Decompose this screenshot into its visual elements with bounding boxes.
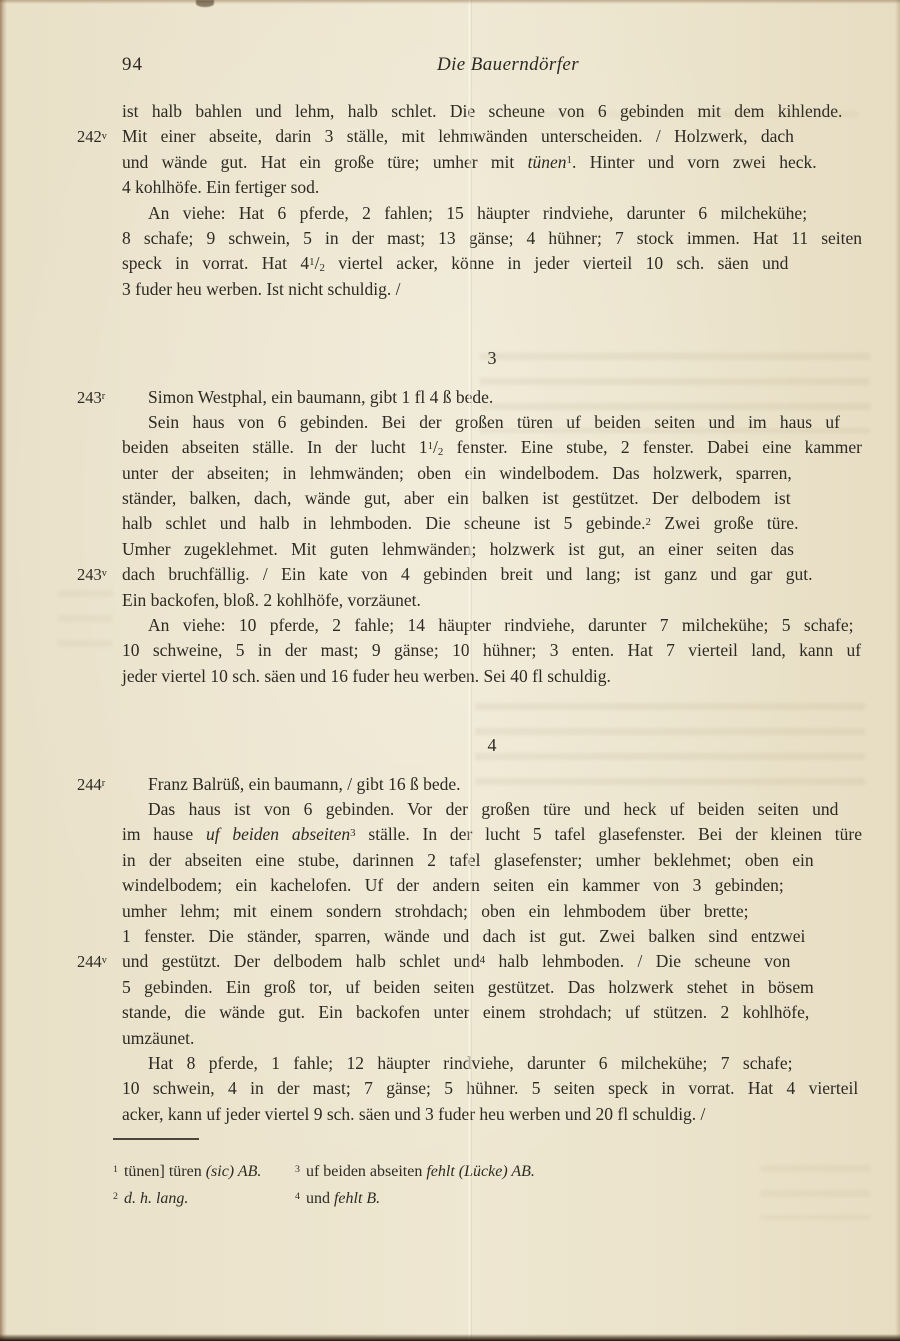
text-segment: fenster. Eine stube, 2 fenster. Dabei ei… (443, 437, 862, 457)
line-text: 4 kohlhöfe. Ein fertiger sod. (122, 175, 319, 200)
text-segment: und gestützt. Der delbodem halb schlet u… (122, 951, 480, 971)
page-edge-left (0, 0, 7, 1341)
text-line: Sein haus von 6 gebinden. Bei der großen… (122, 410, 862, 435)
book-page-scan: 94 Die Bauerndörfer ist halb bahlen und … (0, 0, 900, 1341)
folio-sidenote: 243r (77, 385, 105, 413)
text-segment: 1 (309, 256, 314, 268)
line-text: Sein haus von 6 gebinden. Bei der großen… (148, 410, 840, 435)
folio-number: 244 (77, 952, 102, 971)
footnote-marker: 2 (113, 1191, 118, 1202)
text-segment: fehlt B. (334, 1190, 380, 1207)
folio-number: 242 (77, 127, 102, 146)
text-line: jeder viertel 10 sch. säen und 16 fuder … (122, 664, 862, 689)
text-segment: fehlt (Lücke) AB. (426, 1163, 535, 1180)
text-segment: 8 schafe; 9 schwein, 5 in der mast; 13 g… (122, 228, 862, 248)
text-line: 10 schweine, 5 in der mast; 9 gänse; 10 … (122, 638, 862, 663)
text-segment: windelbodem; ein kachelofen. Uf der ande… (122, 875, 784, 895)
line-text: Das haus ist von 6 gebinden. Vor der gro… (148, 797, 838, 822)
text-line: ständer, balken, dach, wände gut, aber e… (122, 486, 862, 511)
text-segment: d. h. lang. (124, 1190, 188, 1207)
text-segment: beiden abseiten ställe. In der lucht 1 (122, 437, 428, 457)
text-segment: 2 (646, 516, 651, 528)
line-text: halb schlet und halb in lehmboden. Die s… (122, 511, 798, 539)
text-segment: Zwei große türe. (651, 513, 799, 533)
text-segment: uf beiden abseiten (306, 1163, 426, 1180)
line-text: 1 fenster. Die ständer, sparren, wände u… (122, 924, 805, 949)
text-line: in der abseiten eine stube, darinnen 2 t… (122, 848, 862, 873)
text-line: umher lehm; mit einem sondern strohdach;… (122, 899, 862, 924)
text-segment: halb lehmboden. / Die scheune von (485, 951, 790, 971)
text-segment: Simon Westphal, ein baumann, gibt 1 fl 4… (148, 387, 493, 407)
line-text: jeder viertel 10 sch. säen und 16 fuder … (122, 664, 611, 689)
running-title: Die Bauerndörfer (138, 54, 878, 76)
text-segment: Mit einer abseite, darin 3 ställe, mit l… (122, 126, 794, 146)
text-line: beiden abseiten ställe. In der lucht 11/… (122, 435, 862, 460)
footnote-rule (113, 1138, 199, 1140)
line-text: Ein backofen, bloß. 2 kohlhöfe, vorzäune… (122, 588, 421, 613)
text-segment: umher lehm; mit einem sondern strohdach;… (122, 901, 749, 921)
text-line: Das haus ist von 6 gebinden. Vor der gro… (122, 797, 862, 822)
text-segment: 3 (350, 827, 355, 839)
text-segment: acker, kann uf jeder viertel 9 sch. säen… (122, 1104, 705, 1124)
footnote-item: 1tünen] türen (sic) AB. (113, 1159, 295, 1186)
page-edge-top (0, 0, 900, 4)
text-segment: An viehe: 10 pferde, 2 fahle; 14 häupter… (148, 615, 853, 635)
text-line: 8 schafe; 9 schwein, 5 in der mast; 13 g… (122, 226, 862, 251)
line-text: Franz Balrüß, ein baumann, / gibt 16 ß b… (148, 772, 461, 797)
text-line: ist halb bahlen und lehm, halb schlet. D… (122, 99, 862, 124)
folio-sidenote: 244r (77, 772, 105, 800)
text-line: Hat 8 pferde, 1 fahle; 12 häupter rindvi… (122, 1051, 862, 1076)
text-line: An viehe: 10 pferde, 2 fahle; 14 häupter… (122, 613, 862, 638)
text-line: unter der abseiten; in lehmwänden; oben … (122, 461, 862, 486)
text-segment: (sic) AB. (206, 1163, 262, 1180)
text-line: im hause uf beiden abseiten3 ställe. In … (122, 822, 862, 847)
text-line: 243rSimon Westphal, ein baumann, gibt 1 … (122, 385, 862, 410)
line-text: 3 fuder heu werben. Ist nicht schuldig. … (122, 277, 400, 302)
section-heading: 3 (122, 346, 862, 371)
text-segment: umzäunet. (122, 1028, 194, 1048)
folio-number: 244 (77, 775, 102, 794)
text-segment: viertel acker, könne in jeder vierteil 1… (325, 253, 788, 273)
text-segment: 2 (319, 262, 324, 274)
folio-suffix: v (102, 568, 107, 579)
text-line: 242vMit einer abseite, darin 3 ställe, m… (122, 124, 862, 149)
text-line: 244rFranz Balrüß, ein baumann, / gibt 16… (122, 772, 862, 797)
footnote-grid: 1tünen] türen (sic) AB.3uf beiden abseit… (113, 1159, 862, 1213)
footnotes-block: 1tünen] türen (sic) AB.3uf beiden abseit… (113, 1138, 862, 1213)
line-text: 10 schwein, 4 in der mast; 7 gänse; 5 hü… (122, 1076, 858, 1101)
line-text: windelbodem; ein kachelofen. Uf der ande… (122, 873, 784, 898)
folio-sidenote: 244v (77, 949, 107, 977)
text-segment: 1 (428, 440, 433, 452)
footnote-marker: 1 (113, 1164, 118, 1175)
text-segment: im hause (122, 824, 206, 844)
text-segment: stande, die wände gut. Ein backofen unte… (122, 1002, 809, 1022)
text-line: An viehe: Hat 6 pferde, 2 fahlen; 15 häu… (122, 201, 862, 226)
text-segment: halb schlet und halb in lehmboden. Die s… (122, 513, 646, 533)
line-text: unter der abseiten; in lehmwänden; oben … (122, 461, 792, 486)
text-segment: 4 kohlhöfe. Ein fertiger sod. (122, 177, 319, 197)
folio-sidenote: 243v (77, 562, 107, 590)
page-edge-bottom (0, 1334, 900, 1341)
line-text: acker, kann uf jeder viertel 9 sch. säen… (122, 1102, 705, 1127)
text-line: 4 kohlhöfe. Ein fertiger sod. (122, 175, 862, 200)
text-segment: ist halb bahlen und lehm, halb schlet. D… (122, 101, 842, 121)
text-line: 5 gebinden. Ein groß tor, uf beiden seit… (122, 975, 862, 1000)
line-text: und gestützt. Der delbodem halb schlet u… (122, 949, 790, 977)
text-segment: Umher zugeklehmet. Mit guten lehmwänden;… (122, 539, 794, 559)
folio-number: 243 (77, 565, 102, 584)
text-segment: tünen (528, 152, 567, 172)
text-segment: Ein backofen, bloß. 2 kohlhöfe, vorzäune… (122, 590, 421, 610)
footnote-item: 4und fehlt B. (295, 1186, 862, 1213)
text-segment: 10 schwein, 4 in der mast; 7 gänse; 5 hü… (122, 1078, 858, 1098)
text-line: stande, die wände gut. Ein backofen unte… (122, 1000, 862, 1025)
text-segment: An viehe: Hat 6 pferde, 2 fahlen; 15 häu… (148, 203, 807, 223)
text-segment: 1 (567, 154, 572, 166)
text-line: windelbodem; ein kachelofen. Uf der ande… (122, 873, 862, 898)
text-line: 10 schwein, 4 in der mast; 7 gänse; 5 hü… (122, 1076, 862, 1101)
text-segment: Das haus ist von 6 gebinden. Vor der gro… (148, 799, 838, 819)
folio-suffix: r (102, 778, 105, 789)
section-heading: 4 (122, 733, 862, 758)
line-text: umzäunet. (122, 1026, 194, 1051)
line-text: An viehe: Hat 6 pferde, 2 fahlen; 15 häu… (148, 201, 807, 226)
folio-sidenote: 242v (77, 124, 107, 152)
text-line: und wände gut. Hat ein große türe; umher… (122, 150, 862, 175)
text-segment: uf beiden abseiten (206, 824, 350, 844)
folio-suffix: v (102, 131, 107, 142)
text-line: 243vdach bruchfällig. / Ein kate von 4 g… (122, 562, 862, 587)
folio-number: 243 (77, 388, 102, 407)
line-text: Umher zugeklehmet. Mit guten lehmwänden;… (122, 537, 794, 562)
text-segment: tünen] türen (124, 1163, 206, 1180)
text-block: ist halb bahlen und lehm, halb schlet. D… (122, 99, 862, 1127)
text-segment: . Hinter und vorn zwei heck. (572, 152, 817, 172)
text-segment: jeder viertel 10 sch. säen und 16 fuder … (122, 666, 611, 686)
text-line: 244vund gestützt. Der delbodem halb schl… (122, 949, 862, 974)
text-segment: ställe. In der lucht 5 tafel glasefenste… (356, 824, 862, 844)
line-text: 8 schafe; 9 schwein, 5 in der mast; 13 g… (122, 226, 862, 251)
line-text: stande, die wände gut. Ein backofen unte… (122, 1000, 809, 1025)
text-segment: und wände gut. Hat ein große türe; umher… (122, 152, 528, 172)
line-text: ständer, balken, dach, wände gut, aber e… (122, 486, 791, 511)
text-line: halb schlet und halb in lehmboden. Die s… (122, 511, 862, 536)
footnote-item: 3uf beiden abseiten fehlt (Lücke) AB. (295, 1159, 862, 1186)
line-text: 10 schweine, 5 in der mast; 9 gänse; 10 … (122, 638, 861, 663)
text-segment: unter der abseiten; in lehmwänden; oben … (122, 463, 792, 483)
line-text: im hause uf beiden abseiten3 ställe. In … (122, 822, 862, 850)
text-segment: 10 schweine, 5 in der mast; 9 gänse; 10 … (122, 640, 861, 660)
text-segment: 2 (438, 446, 443, 458)
footnote-marker: 3 (295, 1164, 300, 1175)
folio-suffix: v (102, 955, 107, 966)
page-edge-right (895, 0, 900, 1341)
text-segment: ständer, balken, dach, wände gut, aber e… (122, 488, 791, 508)
text-segment: 1 fenster. Die ständer, sparren, wände u… (122, 926, 805, 946)
center-crease (468, 0, 472, 1341)
ink-mark-top-edge (196, 0, 214, 7)
footnote-item: 2d. h. lang. (113, 1186, 295, 1213)
text-segment: 3 fuder heu werben. Ist nicht schuldig. … (122, 279, 400, 299)
text-segment: speck in vorrat. Hat 4 (122, 253, 309, 273)
text-segment: Sein haus von 6 gebinden. Bei der großen… (148, 412, 840, 432)
text-segment: und (306, 1190, 334, 1207)
text-line: Umher zugeklehmet. Mit guten lehmwänden;… (122, 537, 862, 562)
text-line: umzäunet. (122, 1026, 862, 1051)
line-text: An viehe: 10 pferde, 2 fahle; 14 häupter… (148, 613, 853, 638)
text-segment: 4 (480, 954, 485, 966)
text-segment: Franz Balrüß, ein baumann, / gibt 16 ß b… (148, 774, 461, 794)
footnote-marker: 4 (295, 1191, 300, 1202)
line-text: speck in vorrat. Hat 41/2 viertel acker,… (122, 251, 788, 279)
text-line: acker, kann uf jeder viertel 9 sch. säen… (122, 1102, 862, 1127)
text-line: 3 fuder heu werben. Ist nicht schuldig. … (122, 277, 862, 302)
line-text: ist halb bahlen und lehm, halb schlet. D… (122, 99, 842, 124)
text-line: 1 fenster. Die ständer, sparren, wände u… (122, 924, 862, 949)
line-text: Simon Westphal, ein baumann, gibt 1 fl 4… (148, 385, 493, 410)
line-text: umher lehm; mit einem sondern strohdach;… (122, 899, 749, 924)
line-text: Mit einer abseite, darin 3 ställe, mit l… (122, 124, 794, 149)
text-line: Ein backofen, bloß. 2 kohlhöfe, vorzäune… (122, 588, 862, 613)
line-text: beiden abseiten ställe. In der lucht 11/… (122, 435, 862, 463)
folio-suffix: r (102, 391, 105, 402)
page-header: 94 Die Bauerndörfer (122, 54, 862, 80)
text-line: speck in vorrat. Hat 41/2 viertel acker,… (122, 251, 862, 276)
